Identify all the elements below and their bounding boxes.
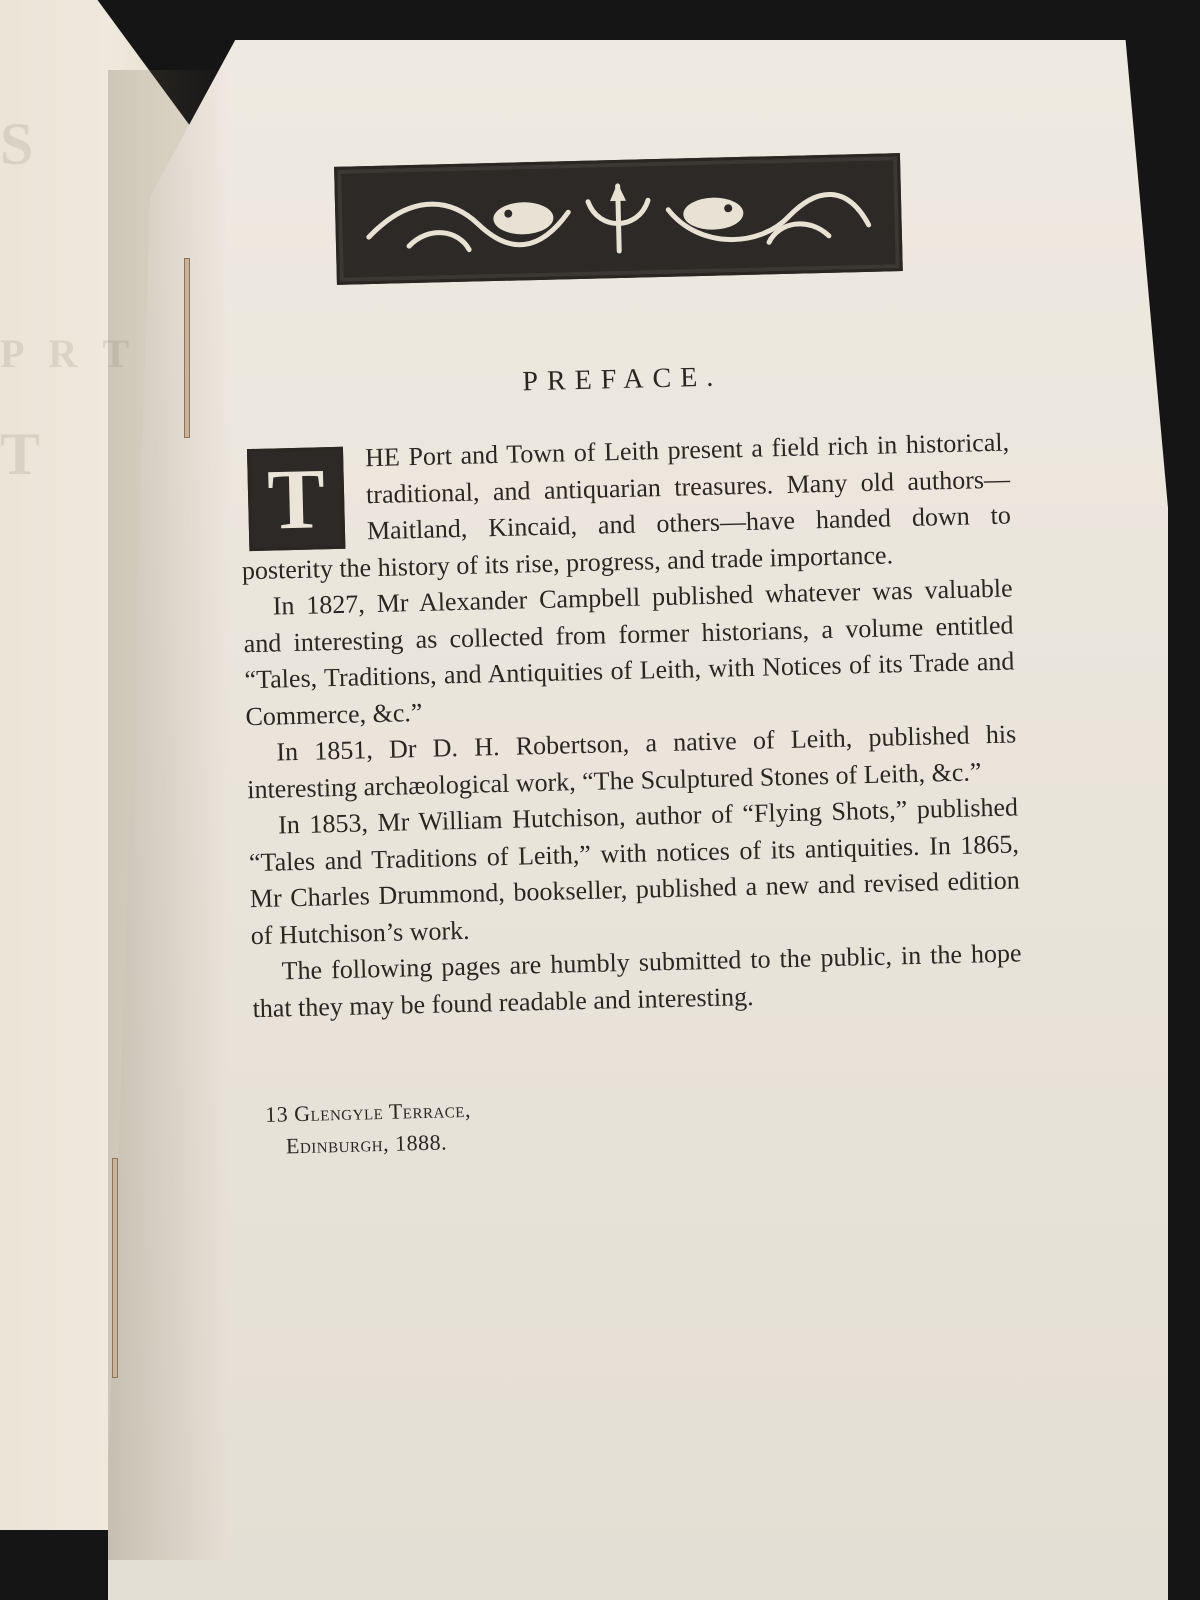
- gutter-shadow: [108, 70, 228, 1560]
- binding-stitch: [112, 1158, 118, 1378]
- foliage-ornament-icon: [347, 164, 889, 273]
- show-through-mark: S: [0, 110, 33, 179]
- dropcap-letter: T: [250, 450, 342, 548]
- preface-page-content: PREFACE. T HE Port and Town of Leith pre…: [232, 151, 1026, 1164]
- page-title: PREFACE.: [237, 355, 1008, 406]
- ornamental-headpiece-icon: [334, 153, 903, 285]
- paragraph-intro: HE Port and Town of Leith present a fiel…: [239, 425, 1012, 590]
- dropcap-initial: T: [247, 447, 345, 551]
- paragraph-1853: In 1853, Mr William Hutchison, author of…: [248, 789, 1021, 954]
- paragraph-1827: In 1827, Mr Alexander Campbell published…: [242, 570, 1015, 735]
- show-through-mark: T: [0, 420, 40, 489]
- binding-stitch: [184, 258, 190, 438]
